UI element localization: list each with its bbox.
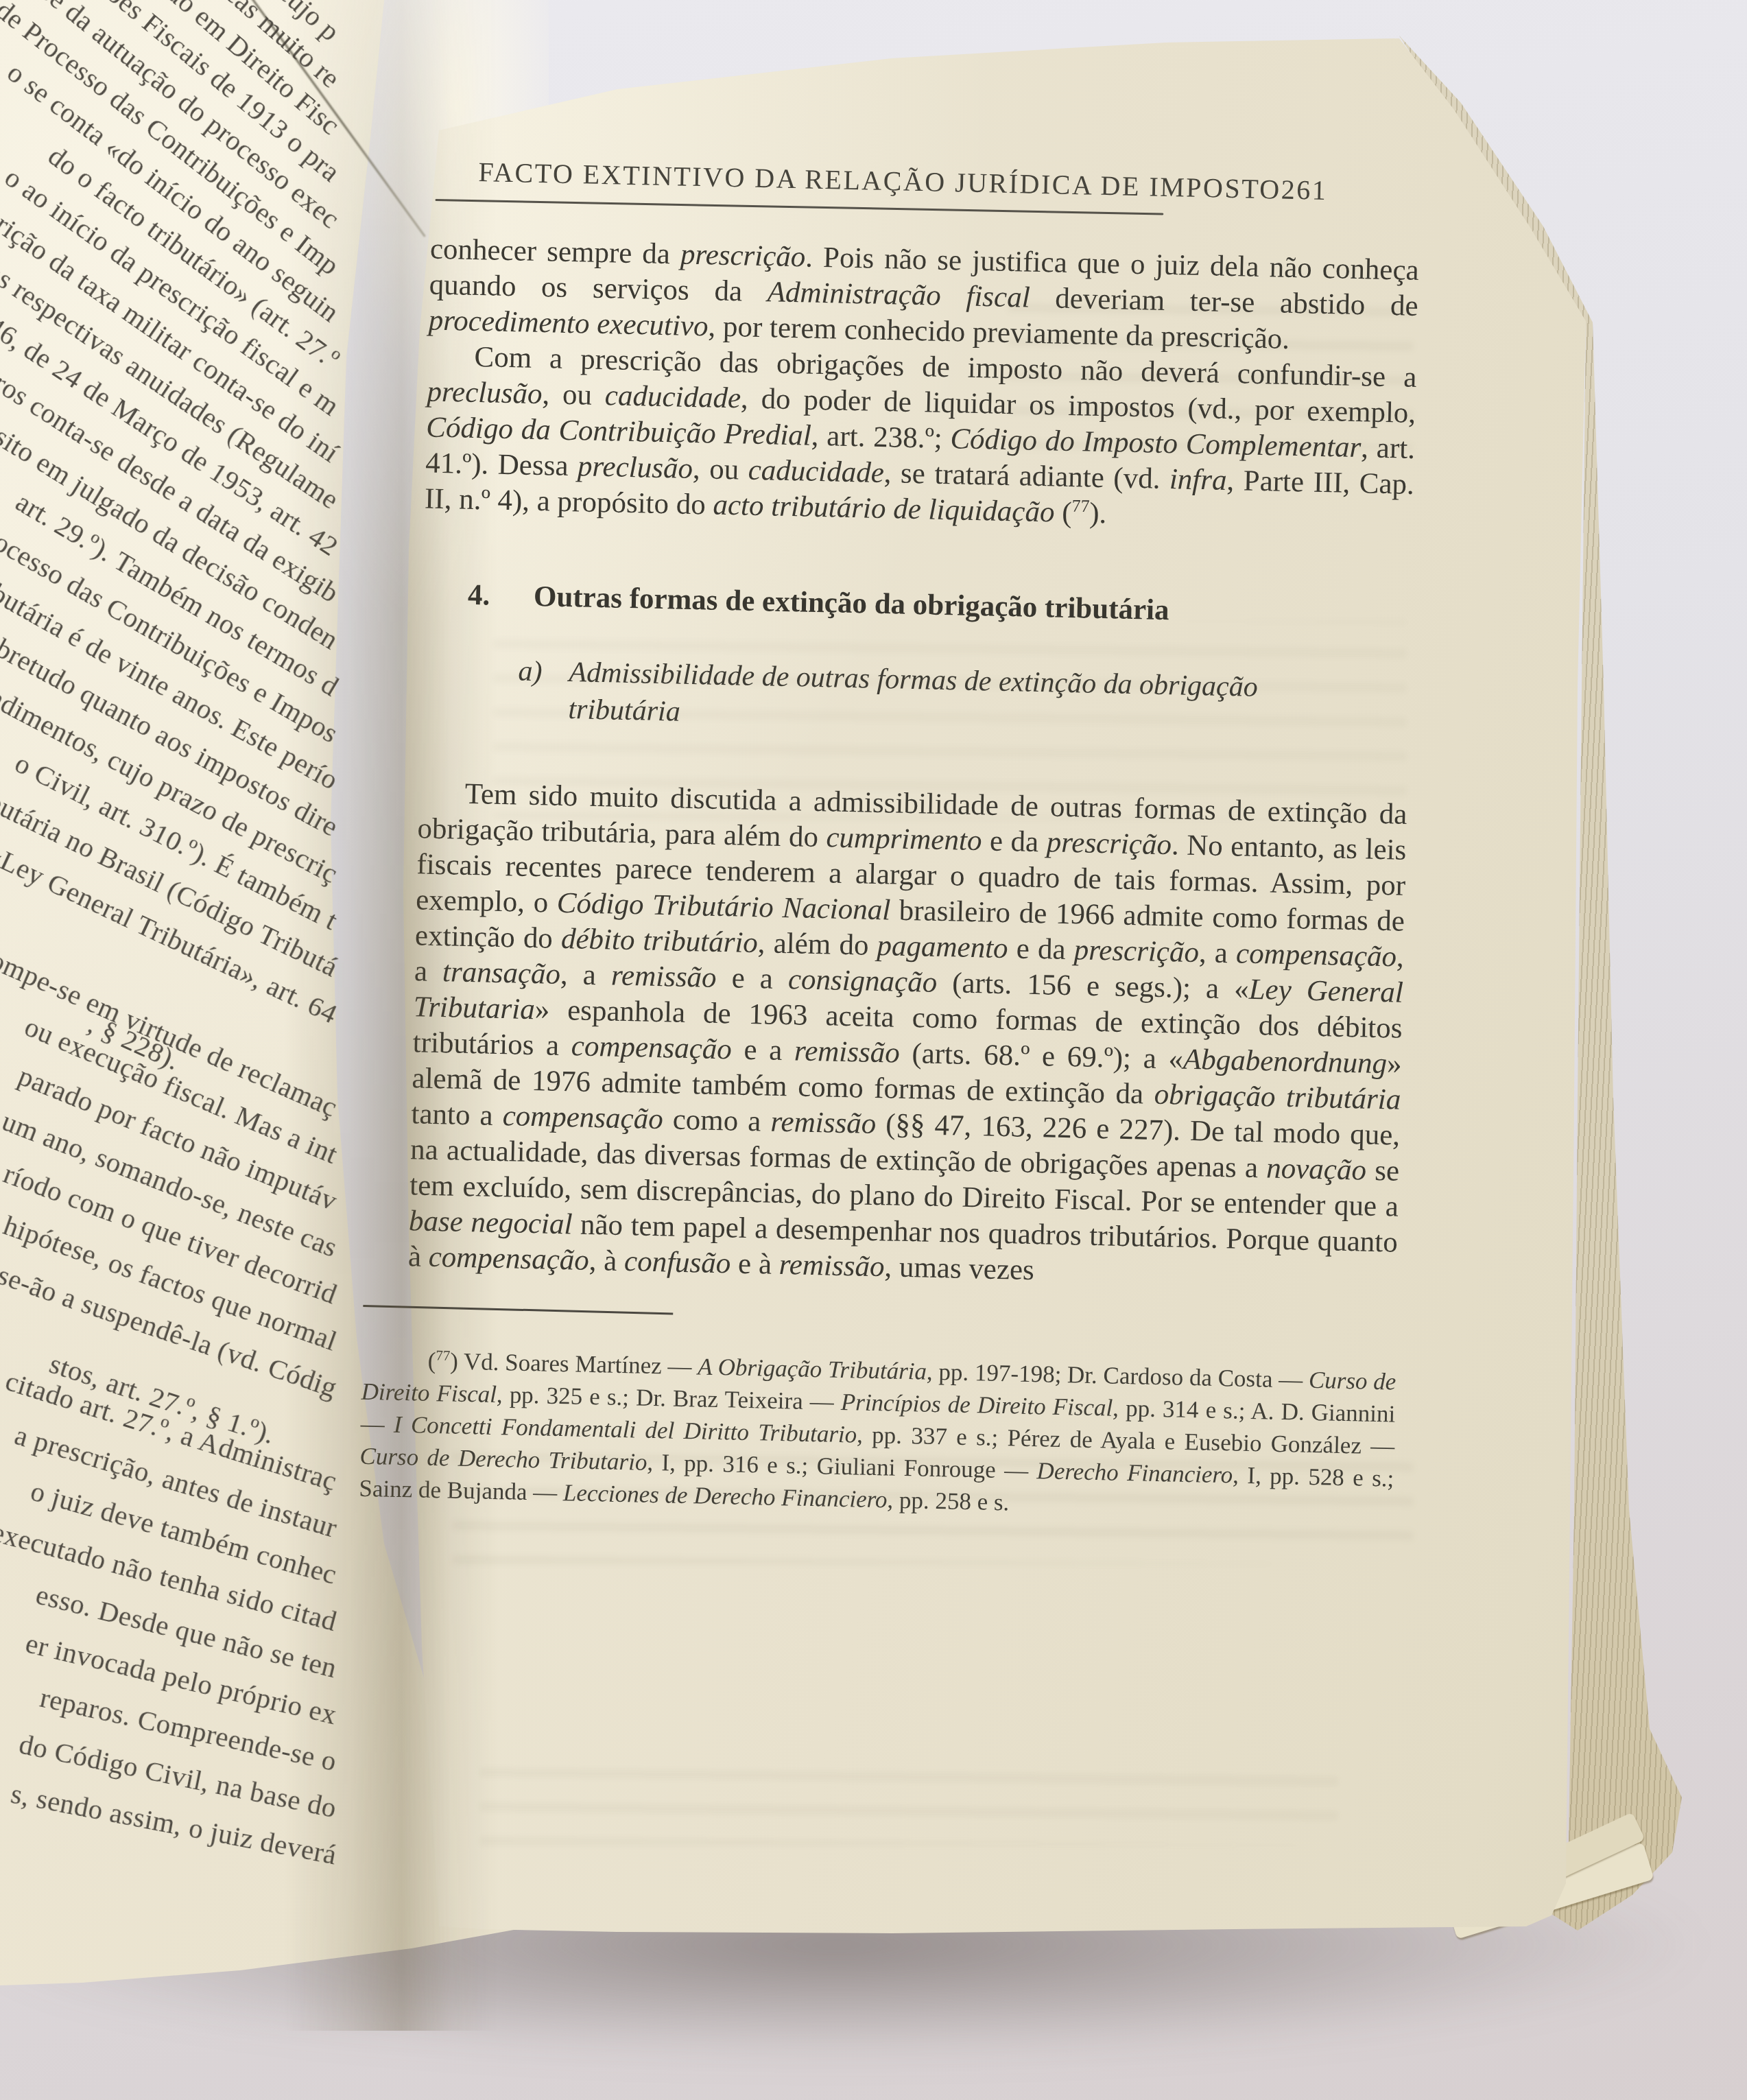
footnote: (77) Vd. Soares Martínez — A Obrigação T…	[359, 1343, 1397, 1527]
paragraph: conhecer sempre da prescrição. Pois não …	[428, 232, 1419, 360]
text-segment: pagamento	[877, 930, 1008, 965]
paragraph: Tem sido muito discutida a admissibilida…	[407, 775, 1407, 1296]
text-segment: deveriam ter-se abstido de	[1030, 282, 1418, 322]
text-segment: Princípios de Direito Fiscal	[840, 1389, 1113, 1421]
text-segment: Administração fiscal	[767, 276, 1030, 314]
footnote-separator	[363, 1305, 673, 1314]
page-number: 261	[1281, 174, 1328, 207]
text-segment: remissão	[610, 960, 717, 994]
text-segment: Lecciones de Derecho Financiero	[563, 1479, 888, 1513]
text-segment: , à	[589, 1244, 624, 1277]
text-segment: transação	[442, 956, 561, 991]
subsection-heading: a) Admissibilidade de outras formas de e…	[517, 652, 1410, 746]
text-segment: caducidade	[604, 379, 741, 414]
section-heading: 4. Outras formas de extinção da obrigaçã…	[467, 578, 1412, 633]
text-segment: I Concetti Fondamentali del Diritto Trib…	[394, 1411, 857, 1448]
text-segment: base negocial	[409, 1205, 573, 1240]
text-segment: , ou	[542, 378, 606, 412]
text-segment: , além do	[757, 927, 877, 962]
text-segment: (arts. 156 e segs.); a «	[937, 967, 1250, 1006]
text-segment: e à	[730, 1247, 779, 1281]
text-segment: novação	[1266, 1152, 1367, 1186]
text-segment: caducidade	[748, 454, 884, 489]
text-segment: ).	[1089, 497, 1107, 530]
text-segment: , pp. 197-198; Dr. Cardoso da Costa —	[927, 1358, 1309, 1393]
section-number: 4.	[467, 578, 534, 613]
text-segment: e a	[731, 1033, 794, 1067]
text-segment: ) Vd. Soares Martínez —	[450, 1348, 698, 1380]
text-segment: compensação	[502, 1100, 663, 1135]
text-segment: compensação	[428, 1241, 589, 1277]
text-segment: conhecer sempre da	[429, 233, 680, 271]
text-segment: A Obrigação Tributária	[698, 1353, 927, 1384]
open-book-photo: rança de impostos cujo psituem em épocas…	[0, 0, 1747, 2100]
text-segment: e da	[982, 825, 1047, 858]
section-title: Outras formas de extinção da obrigação t…	[533, 580, 1169, 627]
text-segment: , a	[1198, 936, 1236, 969]
text-segment: remissão	[794, 1035, 901, 1069]
text-segment: prescrição	[1073, 934, 1199, 969]
paragraph: Com a prescrição das obrigações de impos…	[424, 338, 1416, 538]
text-segment: e da	[1008, 932, 1074, 966]
text-segment: , art. 238.º;	[811, 420, 951, 455]
text-segment: consignação	[787, 963, 937, 999]
text-segment: , I, pp. 316 e s.; Giuliani Fonrouge —	[647, 1449, 1037, 1484]
text-segment: prescrição	[680, 239, 806, 274]
text-segment: acto tributário de liquidação	[713, 489, 1055, 529]
text-segment: remissão	[779, 1249, 885, 1283]
text-segment: Código Tributário Nacional	[556, 887, 890, 927]
text-segment: prescrição	[1046, 826, 1172, 861]
text-segment: 77	[436, 1347, 451, 1363]
text-segment: , pp. 258 e s.	[887, 1487, 1010, 1516]
text-segment: Abgabenordnung	[1183, 1043, 1388, 1080]
text-segment: Código da Contribuição Predial	[426, 411, 812, 451]
text-segment: como a	[663, 1103, 771, 1137]
text-segment: infra	[1169, 463, 1227, 497]
text-segment: , pp. 325 e s.; Dr. Braz Teixeira —	[497, 1381, 842, 1415]
text-segment: , ou	[692, 453, 748, 486]
text-segment: Derecho Financiero	[1036, 1457, 1233, 1488]
text-segment: preclusão	[427, 375, 543, 410]
text-segment: , pp. 337 e s.; Pérez de Ayala e Eusebio…	[857, 1421, 1395, 1460]
text-segment: , a	[560, 958, 612, 992]
text-segment: , umas vezes	[884, 1251, 1034, 1286]
text-segment: compensação	[571, 1030, 732, 1065]
subsection-label: a)	[517, 652, 569, 728]
text-segment: Código do Imposto Complementar	[950, 423, 1362, 464]
text-segment: (	[427, 1347, 436, 1374]
text-segment: tanto a	[411, 1098, 503, 1132]
text-segment: confusão	[624, 1245, 731, 1279]
text-segment: obrigação tributária	[1154, 1078, 1401, 1116]
text-segment: cumprimento	[826, 821, 982, 857]
subsection-title: Admissibilidade de outras formas de exti…	[568, 654, 1338, 744]
text-segment: (	[1054, 496, 1072, 529]
header-rule	[436, 199, 1164, 215]
text-segment: (arts. 68.º e 69.º); a «	[899, 1037, 1183, 1076]
text-segment: , se tratará adiante (vd.	[883, 457, 1169, 495]
text-segment: compensação	[1236, 937, 1397, 973]
left-page-text: rança de impostos cujo psituem em épocas…	[0, 0, 384, 2100]
text-segment: 77	[1071, 496, 1089, 517]
text-segment: procedimento executivo	[428, 305, 709, 343]
text-segment: Curso de Derecho Tributario	[359, 1443, 647, 1476]
text-segment: e a	[716, 962, 788, 995]
right-page-content: FACTO EXTINTIVO DA RELAÇÃO JURÍDICA DE I…	[403, 155, 1421, 1527]
text-segment: débito tributário	[561, 923, 759, 959]
text-segment: remissão	[770, 1106, 877, 1140]
text-segment: preclusão	[578, 450, 693, 485]
